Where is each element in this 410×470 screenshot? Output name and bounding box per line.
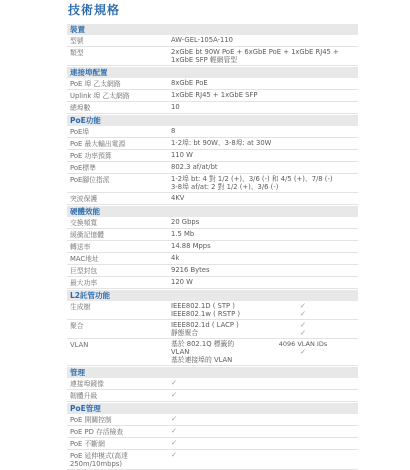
- spec-row: 型號AW-GEL-105A-110: [67, 35, 358, 47]
- section-header: PoE管理: [67, 403, 358, 410]
- spec-value: 9216 Bytes: [171, 266, 358, 274]
- spec-value-line: 1.5 Mb: [171, 230, 358, 238]
- spec-value: 802.3 af/at/bt: [171, 163, 358, 171]
- spec-row: 聚合IEEE802.1d ( LACP )靜態聚合✓✓: [67, 320, 358, 339]
- spec-label: PoE埠: [70, 127, 171, 136]
- spec-row: 巨型封包9216 Bytes: [67, 265, 358, 277]
- spec-value-line: 4KV: [171, 194, 358, 202]
- spec-value-line: 8: [171, 127, 358, 135]
- spec-value: 基於 802.1Q 標籤的 VLAN基於連接埠的 VLAN: [171, 340, 248, 364]
- spec-right: ✓✓: [248, 302, 358, 318]
- spec-value-line: 2xGbE bt 90W PoE + 6xGbE PoE + 1xGbE RJ4…: [171, 48, 358, 64]
- spec-label: 聚合: [70, 321, 171, 330]
- spec-label: VLAN: [70, 340, 171, 349]
- spec-value-line: 1xGbE RJ45 + 1xGbE SFP: [171, 91, 358, 99]
- spec-row: 突波保護4KV: [67, 193, 358, 205]
- spec-value: 20 Gbps: [171, 218, 358, 226]
- spec-label: 突波保護: [70, 194, 171, 203]
- spec-value-line: 110 W: [171, 151, 358, 159]
- spec-value: 14.88 Mpps: [171, 242, 358, 250]
- spec-value: 4KV: [171, 194, 358, 202]
- spec-value-line: 基於連接埠的 VLAN: [171, 356, 248, 364]
- spec-value-line: 10: [171, 103, 358, 111]
- spec-label: PoE 最大輸出電源: [70, 139, 171, 148]
- section-header: 管理: [67, 367, 358, 378]
- spec-row: PoE 功率預算110 W: [67, 150, 358, 162]
- spec-label: PoE腳位指派: [70, 175, 171, 184]
- spec-row: 連接埠鏡像✓: [67, 378, 358, 390]
- spec-label: 交換頻寬: [70, 218, 171, 227]
- spec-page: { "page": { "title": "技術規格" }, "colors":…: [0, 0, 410, 410]
- spec-value-line: 120 W: [171, 278, 358, 286]
- spec-label: 最大功率: [70, 278, 171, 287]
- spec-row: PoE埠8: [67, 126, 358, 138]
- spec-label: MAC地址: [70, 254, 171, 263]
- spec-value-line: 1-2埠: bt 90W、3-8埠: at 30W: [171, 139, 358, 147]
- spec-value-line: 靜態聚合: [171, 329, 248, 337]
- check-icon: ✓: [248, 310, 358, 318]
- spec-row: VLAN基於 802.1Q 標籤的 VLAN基於連接埠的 VLAN4096 VL…: [67, 339, 358, 366]
- spec-label: 連接埠鏡像: [70, 379, 171, 388]
- spec-label: PoE 埠 乙太網路: [70, 79, 171, 88]
- section-header: 裝置: [67, 24, 358, 35]
- section-header: 連接埠配置: [67, 67, 358, 78]
- spec-value: IEEE802.1d ( LACP )靜態聚合: [171, 321, 248, 337]
- spec-row: 類型2xGbE bt 90W PoE + 6xGbE PoE + 1xGbE R…: [67, 47, 358, 66]
- spec-value: IEEE802.1D ( STP )IEEE802.1w ( RSTP ): [171, 302, 248, 318]
- spec-row: Uplink 埠 乙太網路1xGbE RJ45 + 1xGbE SFP: [67, 90, 358, 102]
- spec-row: PoE標準802.3 af/at/bt: [67, 162, 358, 174]
- spec-label: 類型: [70, 48, 171, 57]
- spec-row: PoE 最大輸出電源1-2埠: bt 90W、3-8埠: at 30W: [67, 138, 358, 150]
- spec-label: 轉送率: [70, 242, 171, 251]
- spec-label: Uplink 埠 乙太網路: [70, 91, 171, 100]
- check-icon: ✓: [248, 329, 358, 337]
- spec-label: PoE 功率預算: [70, 151, 171, 160]
- page-title: 技術規格: [68, 3, 358, 17]
- spec-value-line: 1-2埠 bt: 4 對 1/2 (+)、3/6 (-) 和 4/5 (+)、7…: [171, 175, 358, 183]
- spec-row: PoE 埠 乙太網路8xGbE PoE: [67, 78, 358, 90]
- spec-row: 緩衝記憶體1.5 Mb: [67, 229, 358, 241]
- spec-label: 生成樹: [70, 302, 171, 311]
- spec-right: ✓✓: [248, 321, 358, 337]
- spec-row: 總埠數10: [67, 102, 358, 114]
- spec-value: ✓: [171, 391, 358, 399]
- spec-label: PoE標準: [70, 163, 171, 172]
- check-icon: ✓: [248, 348, 358, 356]
- spec-value: 1xGbE RJ45 + 1xGbE SFP: [171, 91, 358, 99]
- spec-value: 120 W: [171, 278, 358, 286]
- spec-value: 1-2埠: bt 90W、3-8埠: at 30W: [171, 139, 358, 147]
- spec-value-line: IEEE802.1D ( STP ): [171, 302, 248, 310]
- spec-value: 2xGbE bt 90W PoE + 6xGbE PoE + 1xGbE RJ4…: [171, 48, 358, 64]
- spec-value: AW-GEL-105A-110: [171, 36, 358, 44]
- spec-value-line: 3-8埠 af/at: 2 對 1/2 (+)、3/6 (-): [171, 183, 358, 191]
- spec-value-line: 802.3 af/at/bt: [171, 163, 358, 171]
- spec-value: 110 W: [171, 151, 358, 159]
- spec-row: 轉送率14.88 Mpps: [67, 241, 358, 253]
- section-header: L2託管功能: [67, 290, 358, 301]
- spec-value-line: 9216 Bytes: [171, 266, 358, 274]
- spec-value-line: AW-GEL-105A-110: [171, 36, 358, 44]
- spec-row: 最大功率120 W: [67, 277, 358, 289]
- spec-value: 10: [171, 103, 358, 111]
- section-header: PoE功能: [67, 115, 358, 126]
- spec-row: PoE腳位指派1-2埠 bt: 4 對 1/2 (+)、3/6 (-) 和 4/…: [67, 174, 358, 193]
- spec-value-line: IEEE802.1w ( RSTP ): [171, 310, 248, 318]
- spec-label: 型號: [70, 36, 171, 45]
- spec-value: 4k: [171, 254, 358, 262]
- check-icon: ✓: [171, 379, 358, 387]
- spec-value-line: 4k: [171, 254, 358, 262]
- spec-value: 8xGbE PoE: [171, 79, 358, 87]
- spec-table: 裝置型號AW-GEL-105A-110類型2xGbE bt 90W PoE + …: [67, 24, 358, 410]
- spec-label: 總埠數: [70, 103, 171, 112]
- spec-label: 韌體升級: [70, 391, 171, 400]
- spec-row: MAC地址4k: [67, 253, 358, 265]
- spec-label: 緩衝記憶體: [70, 230, 171, 239]
- spec-value-line: 14.88 Mpps: [171, 242, 358, 250]
- spec-value: 8: [171, 127, 358, 135]
- spec-content: 技術規格 裝置型號AW-GEL-105A-110類型2xGbE bt 90W P…: [67, 3, 358, 410]
- spec-value: 1.5 Mb: [171, 230, 358, 238]
- spec-value-line: 基於 802.1Q 標籤的 VLAN: [171, 340, 248, 356]
- spec-right: 4096 VLAN IDs✓: [248, 340, 358, 356]
- section-header: 硬體效能: [67, 206, 358, 217]
- spec-label: 巨型封包: [70, 266, 171, 275]
- spec-row: 生成樹IEEE802.1D ( STP )IEEE802.1w ( RSTP )…: [67, 301, 358, 320]
- spec-value: 1-2埠 bt: 4 對 1/2 (+)、3/6 (-) 和 4/5 (+)、7…: [171, 175, 358, 191]
- spec-row: 韌體升級✓: [67, 390, 358, 402]
- spec-value-line: IEEE802.1d ( LACP ): [171, 321, 248, 329]
- check-icon: ✓: [171, 391, 358, 399]
- spec-value-line: 20 Gbps: [171, 218, 358, 226]
- spec-row: 交換頻寬20 Gbps: [67, 217, 358, 229]
- spec-value: ✓: [171, 379, 358, 387]
- spec-value-line: 8xGbE PoE: [171, 79, 358, 87]
